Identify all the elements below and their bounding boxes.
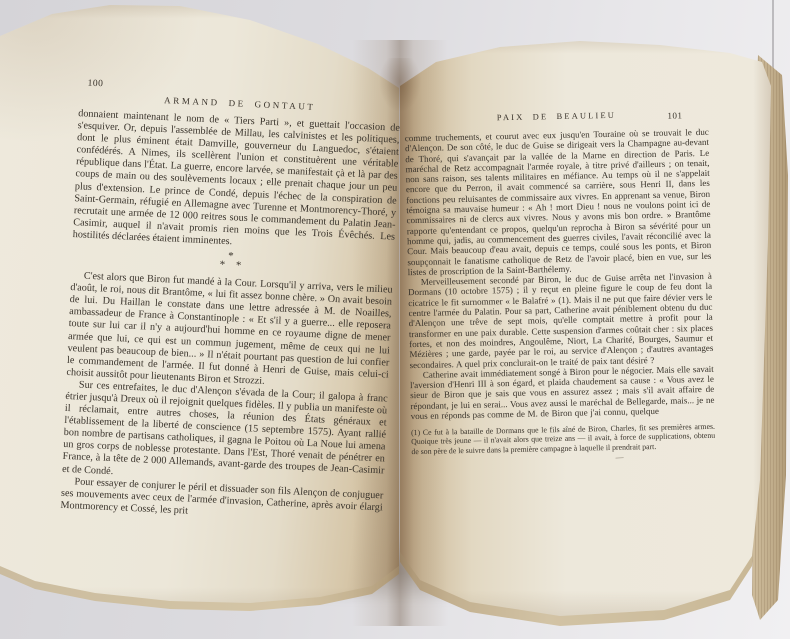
left-body-text: donnaient maintenant le nom de « Tiers P… (60, 108, 400, 526)
right-page-number: 101 (667, 110, 682, 120)
paragraph: C'est alors que Biron fut mandé à la Cou… (66, 270, 393, 393)
paragraph: donnaient maintenant le nom de « Tiers P… (72, 108, 400, 256)
paragraph: comme truchements, et courut avec eux ju… (405, 127, 712, 277)
paragraph: Sur ces entrefaites, le duc d'Alençon s'… (62, 379, 388, 490)
left-page-number: 100 (87, 79, 103, 90)
right-page-content: 101 PAIX DE BEAULIEU comme truchements, … (404, 109, 715, 465)
footnote: (1) Ce fut à la bataille de Dormans que … (411, 422, 716, 456)
left-page-content: 100 ARMAND DE GONTAUT donnaient maintena… (60, 78, 401, 526)
right-body-text: comme truchements, et courut avec eux ju… (405, 127, 715, 422)
book-photo-scene: 100 ARMAND DE GONTAUT donnaient maintena… (0, 0, 790, 639)
paragraph: Catherine avait immédiatement songé à Bi… (410, 364, 715, 422)
paragraph: Merveilleusement secondé par Biron, le d… (408, 271, 714, 370)
